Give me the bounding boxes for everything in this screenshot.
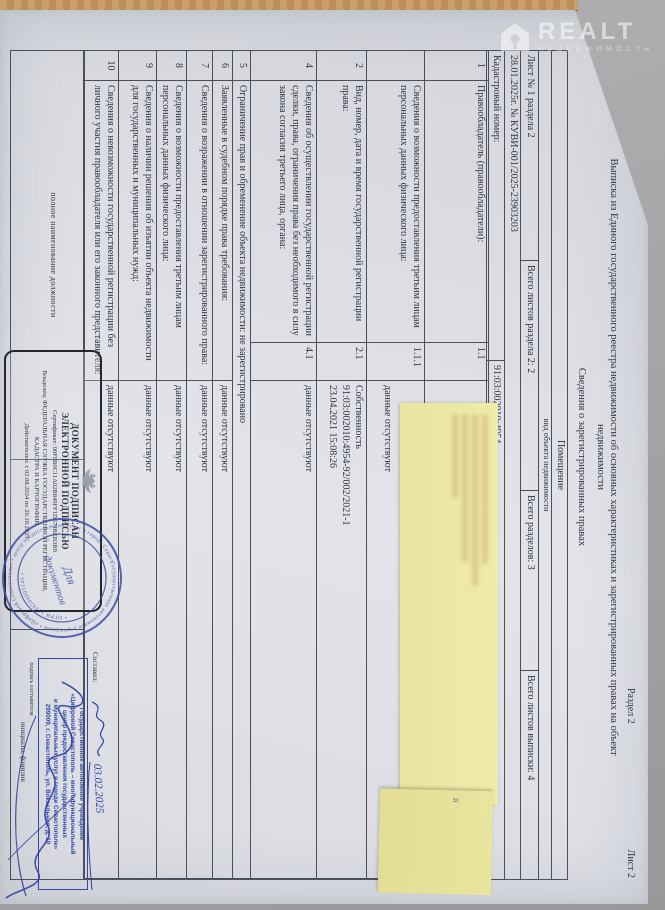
rights-table-row: 8 Сведения о возможности предоставления … [156,51,186,879]
row-label-cell: Вид, номер, дата и время государственной… [316,81,366,343]
cadastral-label: Кадастровый номер: [487,51,504,361]
row-value-cell: данные отсутствуют [118,381,156,879]
row-number-cell: 10 [84,51,118,81]
row-value-cell: данные отсутствуют [156,381,186,879]
sheet-info-row: Лист № 1 раздела 2 Всего листов раздела … [520,51,538,879]
rights-table-row: 2 Вид, номер, дата и время государственн… [316,51,366,879]
row-number-cell [366,51,424,81]
row-number-cell: 9 [118,51,156,81]
rights-table-row: 5 Ограничение прав и обременение объекта… [232,51,250,879]
row-label-cell: Сведения о возможности предоставления тр… [156,81,186,381]
extract-date-number: 28.01.2025г. № КУВИ-001/2025-23903203 [504,51,520,879]
sticky-note-flap [378,789,494,896]
document-title: Выписка из Единого государственного реес… [594,157,620,757]
table-edge [0,0,578,11]
row-number-cell: 7 [186,51,212,81]
hidden-text-ghost [448,414,488,586]
row-number-cell: 8 [156,51,186,81]
rights-table-row: 4 Сведения об осуществлении государствен… [250,51,316,879]
sheet-info-cell: Всего листов раздела 2: 2 [521,261,538,491]
row-label-cell: Заявленные в судебном порядке права треб… [212,81,232,381]
row-label-cell: Сведения об осуществлении государственно… [250,81,316,343]
row-number-cell: 5 [232,51,250,81]
row-value-cell: данные отсутствуют [250,381,316,879]
sheet-info-cell: Лист № 1 раздела 2 [521,51,538,261]
row-label-cell: Сведения о возражении в отношении зареги… [186,81,212,381]
photo-of-document: Раздел 2 Лист 2 Выписка из Единого госуд… [0,0,665,910]
row-subnumber-cell: 1.1.1 [366,343,424,381]
rights-table-row: 6 Заявленные в судебном порядке права тр… [212,51,232,879]
row-label-cell: Сведения о возможности предоставления тр… [366,81,424,343]
row-number-cell: 4 [250,51,316,81]
row-number-cell: 6 [212,51,232,81]
row-subnumber-cell: 4.1 [250,343,316,381]
sheet-label: Лист 2 [625,850,636,878]
row-subnumber-cell: 2.1 [316,343,366,381]
row-number-cell: 2 [316,51,366,81]
row-label-cell: Сведения о невозможности государственной… [84,81,118,381]
sheet-info-cell: Всего разделов: 3 [521,491,538,671]
rights-table-row: 9 Сведения о наличии решения об изъятии … [118,51,156,879]
rights-table-row: 7 Сведения о возражении в отношении заре… [186,51,212,879]
row-subnumber-cell: 1.1 [424,343,488,381]
document-sheet: Раздел 2 Лист 2 Выписка из Единого госуд… [0,10,648,904]
row-label-cell: Сведения о наличии решения об изъятии об… [118,81,156,381]
row-number-cell: 1 [424,51,488,81]
round-stamp-center-1: Для [60,564,79,587]
hidden-text-fragment: й [451,798,460,802]
row-label-cell: Ограничение прав и обременение объекта н… [232,81,250,879]
section-label: Раздел 2 [625,688,636,724]
handwritten-signature [0,674,96,904]
row-value-cell: данные отсутствуют [212,381,232,879]
object-header-table: Помещение вид объекта недвижимости Лист … [486,50,568,880]
row-value-cell: данные отсутствуют [186,381,212,879]
object-type-caption: вид объекта недвижимости [538,51,551,879]
page-header: Раздел 2 Лист 2 [625,688,636,878]
sheet-info-cell: Всего листов выписки: 4 [521,671,538,881]
object-type: Помещение [551,51,567,879]
row-value-cell: Собственность 91:03:002010:4954-92/002/2… [316,381,366,879]
document-subtitle: Сведения о зарегистрированных правах [576,157,587,757]
coat-of-arms-icon [80,464,97,498]
row-label-cell: Правообладатель (правообладатели): [424,81,488,343]
